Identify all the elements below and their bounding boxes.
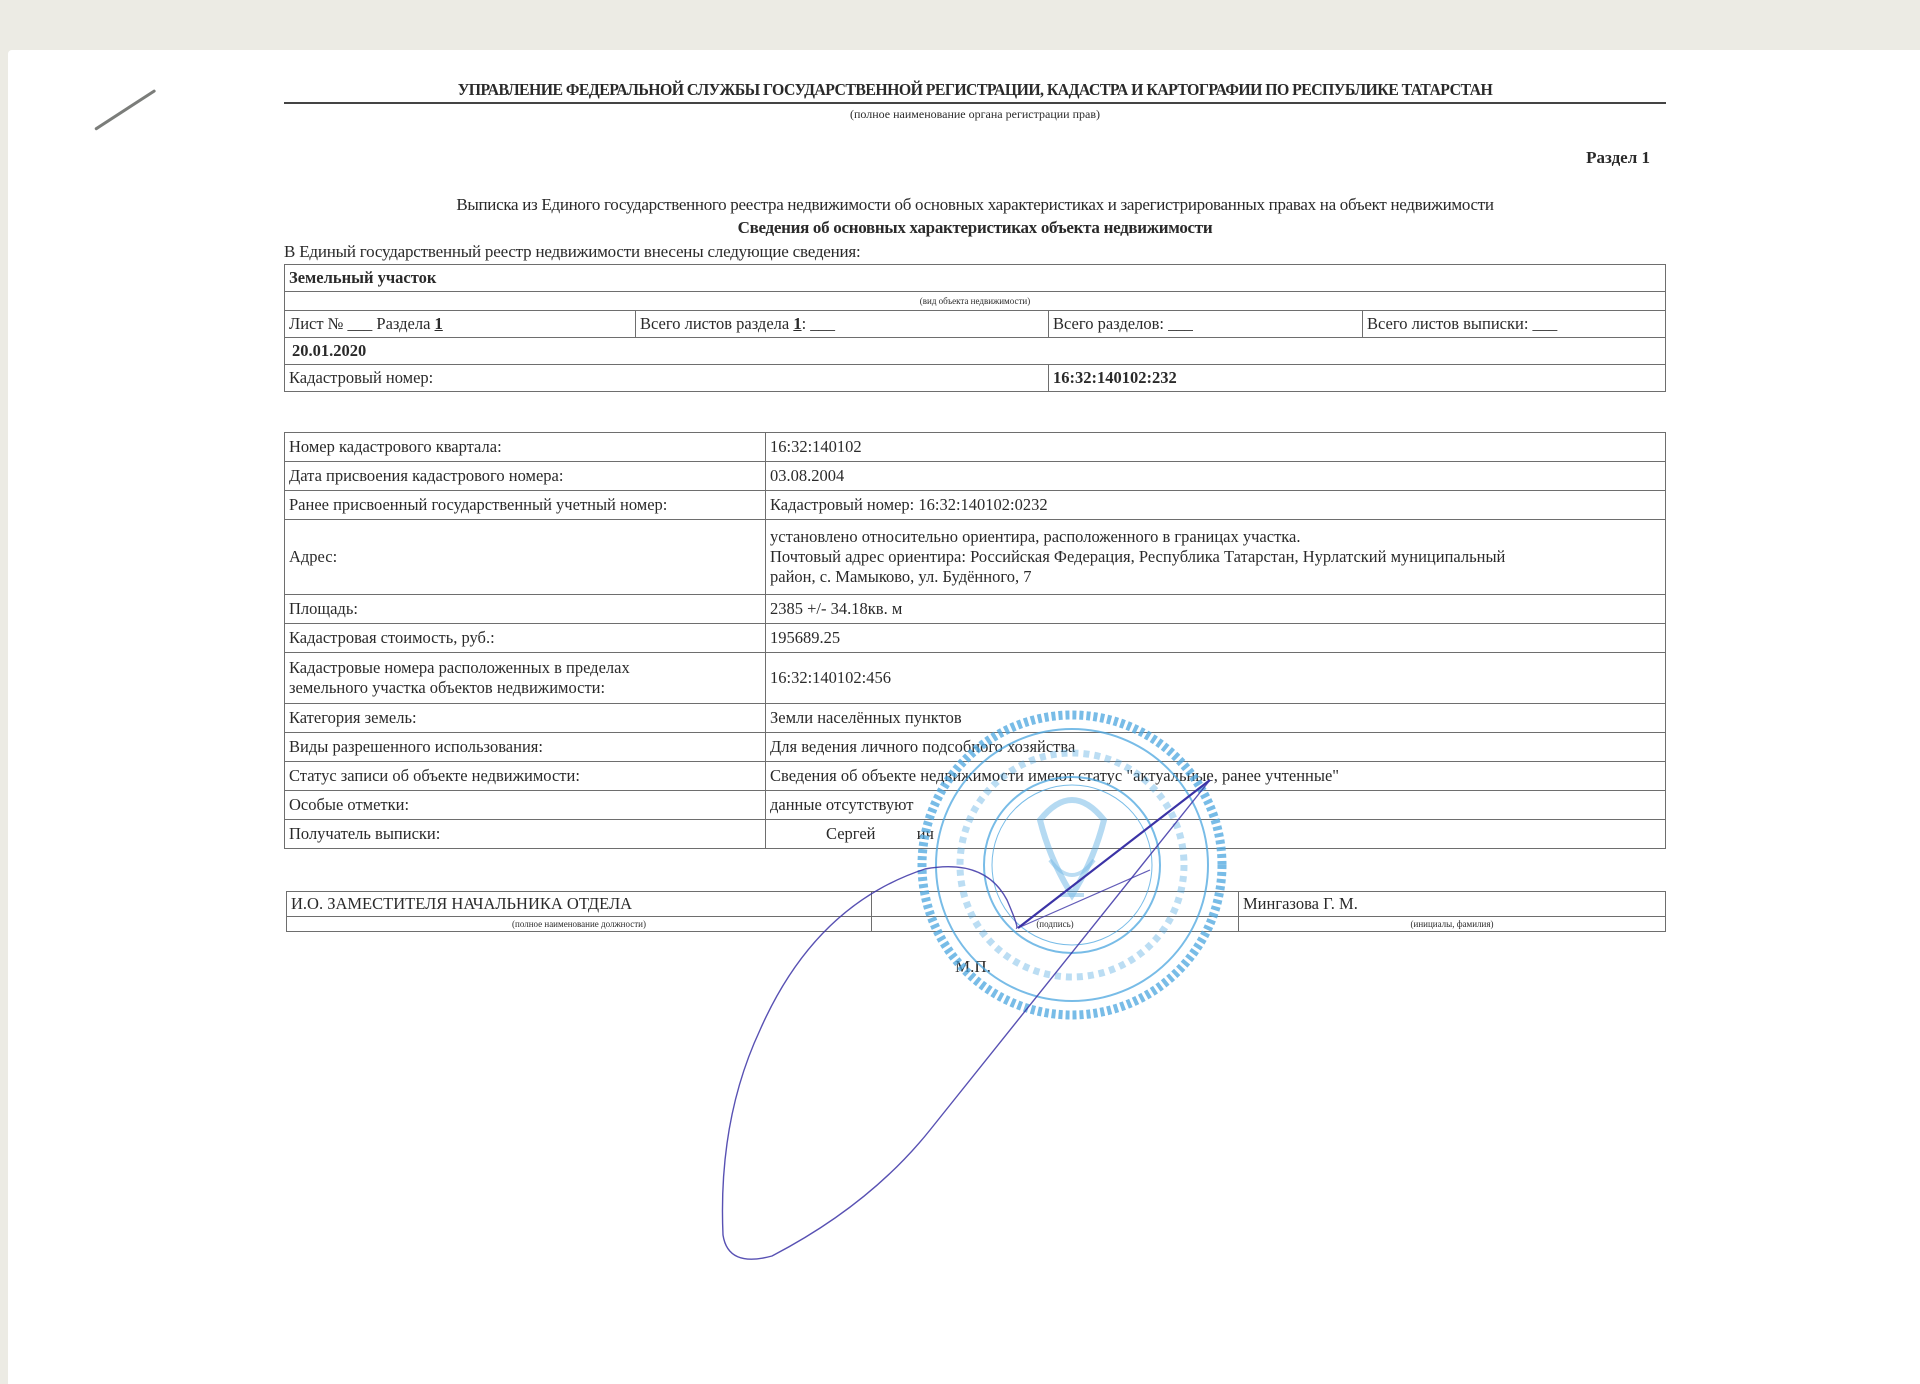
detail-label: Кадастровая стоимость, руб.: — [285, 624, 766, 653]
detail-value: Кадастровый номер: 16:32:140102:0232 — [766, 491, 1666, 520]
detail-label: Номер кадастрового квартала: — [285, 433, 766, 462]
table-row: Кадастровые номера расположенных в преде… — [285, 653, 1666, 704]
detail-value: Сергей ич — [766, 820, 1666, 849]
extract-date: 20.01.2020 — [285, 338, 1666, 365]
details-table: Номер кадастрового квартала: 16:32:14010… — [284, 432, 1666, 849]
cadastral-number-value: 16:32:140102:232 — [1049, 365, 1666, 392]
detail-label: Кадастровые номера расположенных в преде… — [285, 653, 766, 704]
document-subtitle: Сведения об основных характеристиках объ… — [284, 218, 1666, 238]
address-line: установлено относительно ориентира, расп… — [770, 527, 1661, 547]
detail-value: 2385 +/- 34.18кв. м — [766, 595, 1666, 624]
detail-value: 195689.25 — [766, 624, 1666, 653]
seal-mark-label: М.П. — [955, 957, 991, 977]
detail-label: Категория земель: — [285, 704, 766, 733]
label-line: Кадастровые номера расположенных в преде… — [289, 658, 761, 678]
cadastral-number-label: Кадастровый номер: — [285, 365, 1049, 392]
table-row: Кадастровая стоимость, руб.: 195689.25 — [285, 624, 1666, 653]
table-row: Площадь: 2385 +/- 34.18кв. м — [285, 595, 1666, 624]
detail-label: Получатель выписки: — [285, 820, 766, 849]
total-extract-sheets-cell: Всего листов выписки: ___ — [1363, 311, 1666, 338]
table-row: Виды разрешенного использования: Для вед… — [285, 733, 1666, 762]
object-header-table: Земельный участок (вид объекта недвижимо… — [284, 264, 1666, 392]
address-line: Почтовый адрес ориентира: Российская Фед… — [770, 547, 1661, 567]
table-row: Статус записи об объекте недвижимости: С… — [285, 762, 1666, 791]
detail-value: 03.08.2004 — [766, 462, 1666, 491]
organization-caption: (полное наименование органа регистрации … — [284, 107, 1666, 122]
table-row: Дата присвоения кадастрового номера: 03.… — [285, 462, 1666, 491]
detail-label: Статус записи об объекте недвижимости: — [285, 762, 766, 791]
position-caption: (полное наименование должности) — [287, 917, 872, 932]
detail-value: 16:32:140102 — [766, 433, 1666, 462]
section-label: Раздел 1 — [1500, 148, 1650, 168]
table-row: Адрес: установлено относительно ориентир… — [285, 520, 1666, 595]
sheet-number-cell: Лист № ___ Раздела 1 — [285, 311, 636, 338]
intro-text: В Единый государственный реестр недвижим… — [284, 242, 861, 262]
sheet-number-label: Лист № ___ Раздела — [289, 314, 430, 333]
detail-label: Площадь: — [285, 595, 766, 624]
detail-label: Ранее присвоенный государственный учетны… — [285, 491, 766, 520]
detail-value: Для ведения личного подсобного хозяйства — [766, 733, 1666, 762]
detail-label: Дата присвоения кадастрового номера: — [285, 462, 766, 491]
signature-field — [872, 892, 1239, 917]
sheet-section-value: 1 — [435, 314, 443, 333]
name-caption: (инициалы, фамилия) — [1239, 917, 1666, 932]
table-row: Особые отметки: данные отсутствуют — [285, 791, 1666, 820]
table-row: Номер кадастрового квартала: 16:32:14010… — [285, 433, 1666, 462]
total-sections-cell: Всего разделов: ___ — [1049, 311, 1363, 338]
table-row: Ранее присвоенный государственный учетны… — [285, 491, 1666, 520]
detail-label: Виды разрешенного использования: — [285, 733, 766, 762]
table-row: Получатель выписки: Сергей ич — [285, 820, 1666, 849]
document-title: Выписка из Единого государственного реес… — [284, 195, 1666, 215]
detail-value: установлено относительно ориентира, расп… — [766, 520, 1666, 595]
object-type: Земельный участок — [285, 265, 1666, 292]
total-sheets-cell: Всего листов раздела 1: ___ — [636, 311, 1049, 338]
total-sheets-suffix: : ___ — [802, 314, 835, 333]
signature-caption: (подпись) — [872, 917, 1239, 932]
total-sheets-label: Всего листов раздела — [640, 314, 789, 333]
detail-label: Адрес: — [285, 520, 766, 595]
detail-value: Земли населённых пунктов — [766, 704, 1666, 733]
detail-label: Особые отметки: — [285, 791, 766, 820]
label-line: земельного участка объектов недвижимости… — [289, 678, 761, 698]
table-row: Категория земель: Земли населённых пункт… — [285, 704, 1666, 733]
official-position: И.О. ЗАМЕСТИТЕЛЯ НАЧАЛЬНИКА ОТДЕЛА — [287, 892, 872, 917]
signature-table: И.О. ЗАМЕСТИТЕЛЯ НАЧАЛЬНИКА ОТДЕЛА Минга… — [286, 891, 1666, 932]
organization-name: УПРАВЛЕНИЕ ФЕДЕРАЛЬНОЙ СЛУЖБЫ ГОСУДАРСТВ… — [332, 80, 1617, 100]
organization-underline — [284, 102, 1666, 104]
address-line: район, с. Мамыково, ул. Будённого, 7 — [770, 567, 1661, 587]
detail-value: Сведения об объекте недвижимости имеют с… — [766, 762, 1666, 791]
detail-value: данные отсутствуют — [766, 791, 1666, 820]
object-type-caption: (вид объекта недвижимости) — [285, 292, 1666, 311]
total-sheets-value: 1 — [793, 314, 801, 333]
detail-value: 16:32:140102:456 — [766, 653, 1666, 704]
official-name: Мингазова Г. М. — [1239, 892, 1666, 917]
